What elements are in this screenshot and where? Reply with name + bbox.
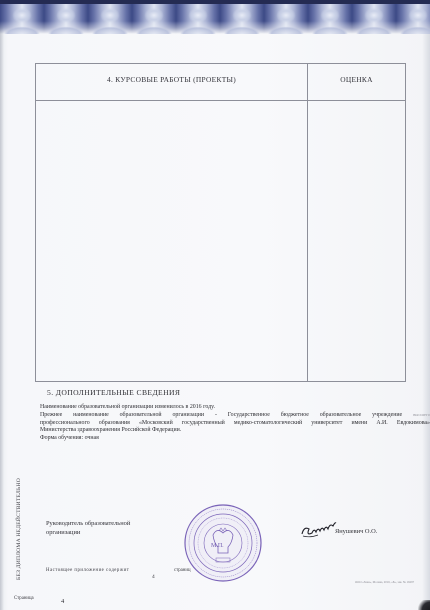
former-name-line3: Министерства здравоохранения Российской … xyxy=(40,427,430,434)
page-right-edge xyxy=(422,0,430,610)
signature-icon xyxy=(300,520,338,542)
guilloche-scallop-pattern xyxy=(0,20,430,34)
printer-info: ООО «Знак», Москва, 2016, «Б», зак. № 16… xyxy=(355,580,414,584)
page-count-statement: Настоящее приложение содержит 4 страниц xyxy=(46,568,246,582)
former-name-text: Прежнее наименование образовательной орг… xyxy=(40,412,402,418)
name-change-note: Наименование образовательной организации… xyxy=(40,404,430,411)
page-edge-shadow xyxy=(0,0,4,610)
section5-body: Наименование образовательной организации… xyxy=(40,404,430,442)
page-number: 4 xyxy=(61,598,64,605)
diploma-supplement-page: 4. КУРСОВЫЕ РАБОТЫ (ПРОЕКТЫ) ОЦЕНКА 5. Д… xyxy=(0,0,430,610)
contains-suffix: страниц xyxy=(174,568,191,573)
header-grade: ОЦЕНКА xyxy=(308,75,405,84)
scan-corner-shadow xyxy=(418,600,430,610)
contains-count: 4 xyxy=(152,574,155,580)
study-form: Форма обучения: очная xyxy=(40,435,430,442)
section5-title: 5. ДОПОЛНИТЕЛЬНЫЕ СВЕДЕНИЯ xyxy=(47,388,180,397)
signer-name: Янушевич О.О. xyxy=(335,528,377,535)
scan-top-edge xyxy=(0,0,430,4)
page-label: Страница xyxy=(14,596,34,601)
vertical-validity-notice: БЕЗ ДИПЛОМА НЕДЕЙСТВИТЕЛЬНО xyxy=(16,478,22,580)
head-of-organization-label: Руководитель образовательной организации xyxy=(46,519,156,537)
contains-label: Настоящее приложение содержит xyxy=(46,568,129,573)
column-divider xyxy=(307,64,308,381)
svg-text:М.П.: М.П. xyxy=(211,543,224,549)
former-name-line1: Прежнее наименование образовательной орг… xyxy=(40,411,430,419)
coursework-table: 4. КУРСОВЫЕ РАБОТЫ (ПРОЕКТЫ) ОЦЕНКА xyxy=(35,63,406,382)
former-name-small-text: высшего xyxy=(413,412,430,417)
header-coursework: 4. КУРСОВЫЕ РАБОТЫ (ПРОЕКТЫ) xyxy=(36,75,307,84)
